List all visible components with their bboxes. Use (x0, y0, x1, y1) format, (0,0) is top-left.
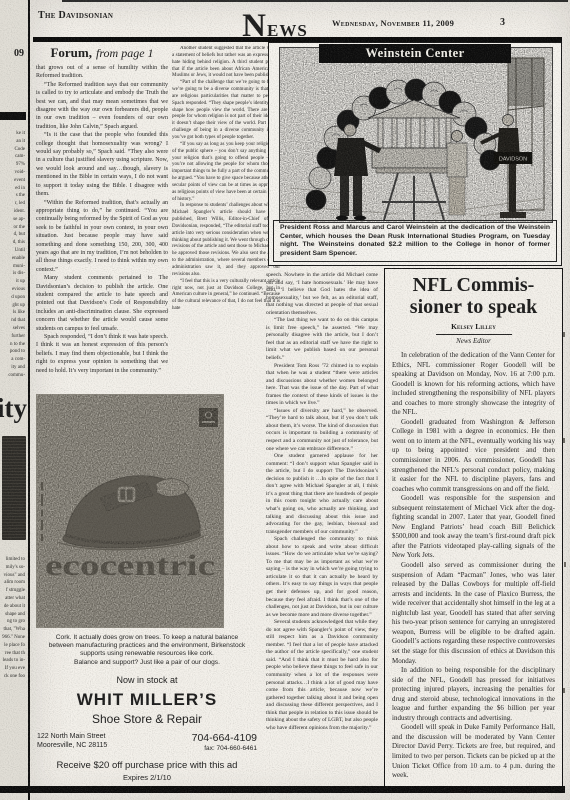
text-fragment: evious (0, 286, 28, 294)
scan-artifact (564, 562, 566, 567)
coupon-expiry: Expires 2/1/10 (33, 773, 261, 782)
paragraph: Several students acknowledged that while… (266, 619, 378, 732)
scan-artifact (563, 332, 565, 337)
nfl-byline-title: News Editor (385, 337, 562, 345)
paragraph: “If you say as long as you keep your rel… (172, 142, 280, 204)
nfl-headline-line1: NFL Commis- (385, 275, 562, 297)
text-fragment: f struggle (0, 587, 28, 595)
page-fold-line (28, 0, 30, 800)
text-fragment: a com- (0, 356, 28, 364)
adjacent-page-fragments-top: ke itan itCodecam-97%void-evented ins th… (0, 130, 28, 380)
fax-number: fax: 704-660-6461 (192, 745, 257, 752)
adjacent-page-photo-fragment (2, 436, 26, 540)
text-fragment: selves (0, 325, 28, 333)
paragraph: One student garnered applause for her co… (266, 453, 378, 536)
paragraph: Many student comments pertained to The D… (36, 274, 168, 333)
text-fragment: ed in (0, 185, 28, 193)
masthead: The Davidsonian (38, 10, 113, 21)
address-line2: Mooresville, NC 28115 (37, 741, 107, 750)
text-fragment: d, but (0, 231, 28, 239)
text-fragment: ident. (0, 208, 28, 216)
weinstein-photo: DAVIDSON (279, 47, 553, 223)
text-fragment: ng to gro (0, 618, 28, 626)
issue-date: Wednesday, November 11, 2009 (332, 18, 454, 28)
photo-banner: Weinstein Center (319, 44, 511, 63)
text-fragment: d, this (0, 239, 28, 247)
text-fragment: ls like (0, 309, 28, 317)
paragraph: speech. Nowhere in the article did Micha… (266, 272, 378, 317)
text-fragment: le place fo (0, 642, 28, 650)
text-fragment: alim room (0, 579, 28, 587)
birkenstock-clog-illustration: ecocentric (36, 394, 224, 628)
text-fragment: 97% (0, 161, 28, 169)
text-fragment: atter what (0, 595, 28, 603)
forum-heading-jump: from page 1 (96, 46, 154, 60)
paragraph: “Within the Reformed tradition, that’s a… (36, 199, 168, 275)
text-fragment: vious" and (0, 572, 28, 580)
page-bottom-rule (0, 786, 565, 793)
cork-copy: Cork. It actually does grow on trees. To… (33, 634, 261, 667)
whit-millers-ad: Cork. It actually does grow on trees. To… (33, 634, 261, 782)
text-fragment: Until (0, 247, 28, 255)
nfl-byline: Kelsey Lilley (385, 322, 562, 331)
scan-artifact (563, 688, 565, 693)
paragraph: Another student suggested that the artic… (172, 46, 280, 80)
text-fragment: de about it (0, 603, 28, 611)
ecocentric-ad-image: ecocentric (36, 394, 224, 628)
adjacent-page-rule (0, 112, 26, 120)
store-address: 122 North Main Street Mooresville, NC 28… (37, 732, 107, 750)
text-fragment: shape and (0, 611, 28, 619)
paragraph: Goodell will speak in Duke Family Perfor… (392, 723, 555, 780)
paragraph: between manufacturing practices and the … (33, 642, 261, 650)
text-fragment: r, led (0, 200, 28, 208)
text-fragment: that, "Wha (0, 626, 28, 634)
adjacent-page-fragments-bottom: limited tomily's so-vious" andalim roomf… (0, 556, 28, 681)
paragraph: In response to students’ challenges abou… (172, 203, 280, 278)
paragraph: Balance and support? Just like a pair of… (33, 659, 261, 667)
text-fragment: ree that th (0, 650, 28, 658)
dedication-photo-illustration: DAVIDSON (280, 48, 552, 222)
stock-line: Now in stock at (33, 675, 261, 685)
text-fragment: is dis- (0, 270, 28, 278)
text-fragment: d upon (0, 294, 28, 302)
store-name: WHIT MILLER’S (33, 690, 261, 710)
weinstein-photo-box: DAVIDSON Weinstein Center President Ross… (268, 42, 562, 266)
text-fragment: nd that (0, 317, 28, 325)
text-fragment: muni- (0, 263, 28, 271)
text-fragment: ity and (0, 364, 28, 372)
header-rule (33, 37, 562, 42)
forum-heading: Forum, from page 1 (36, 44, 168, 62)
text-fragment: limited to (0, 556, 28, 564)
scan-artifact (563, 438, 565, 443)
nfl-headline-line2: sioner to speak (385, 297, 562, 319)
text-fragment: event (0, 177, 28, 185)
paragraph: “I feel that this is a very culturally r… (172, 279, 280, 313)
paragraph: Spach challenged the community to think … (266, 536, 378, 619)
forum-column-2: Another student suggested that the artic… (172, 46, 280, 392)
adjacent-headline-fragment: ity (0, 394, 27, 422)
text-fragment: enable (0, 255, 28, 263)
text-fragment: 966." None (0, 634, 28, 642)
paragraph: Goodell graduated from Washington & Jeff… (392, 418, 555, 494)
text-fragment: ke it (0, 130, 28, 138)
paragraph: “Part of the challenge that we’re going … (172, 80, 280, 142)
store-subtitle: Shoe Store & Repair (33, 712, 261, 726)
store-phone: 704-664-4109 fax: 704-660-6461 (192, 732, 257, 752)
address-line1: 122 North Main Street (37, 732, 107, 741)
text-fragment: it up (0, 278, 28, 286)
store-contact-row: 122 North Main Street Mooresville, NC 28… (33, 732, 261, 752)
paragraph: Spach responded, “I don’t think it was h… (36, 333, 168, 375)
paragraph: that grows out of a sense of humility wi… (36, 64, 168, 81)
paragraph: In celebration of the dedication of the … (392, 351, 555, 418)
text-fragment: s the (0, 192, 28, 200)
forum-column-1: that grows out of a sense of humility wi… (36, 64, 168, 390)
paragraph: supports using renewable resources like … (33, 650, 261, 658)
text-fragment: n to the (0, 341, 28, 349)
photo-caption: President Ross and Marcus and Carol Wein… (273, 220, 557, 262)
paragraph: “The Reformed tradition says that our co… (36, 81, 168, 131)
text-fragment: leads to in- (0, 657, 28, 665)
text-fragment: ght up (0, 302, 28, 310)
text-fragment: commu- (0, 372, 28, 380)
forum-column-3: speech. Nowhere in the article did Micha… (266, 272, 378, 788)
paragraph: “The last thing we want to do on this ca… (266, 317, 378, 362)
text-fragment: ck one foo (0, 673, 28, 681)
forum-heading-bold: Forum, (50, 45, 92, 60)
phone-number: 704-664-4109 (192, 732, 257, 744)
paragraph: “Issues of diversity are hard,” he obser… (266, 408, 378, 453)
byline-rule (436, 334, 512, 335)
text-fragment: If you eve (0, 665, 28, 673)
nfl-article-body: In celebration of the dedication of the … (385, 351, 562, 781)
nfl-article-box: NFL Commis- sioner to speak Kelsey Lille… (384, 268, 563, 788)
text-fragment: further (0, 333, 28, 341)
paragraph: Cork. It actually does grow on trees. To… (33, 634, 261, 642)
paragraph: In addition to being responsible for the… (392, 666, 555, 723)
adjacent-page-number: 09 (14, 48, 24, 59)
text-fragment: cam- (0, 153, 28, 161)
text-fragment: mily's so- (0, 564, 28, 572)
paragraph: “Is it the case that the people who foun… (36, 131, 168, 198)
paragraph: President Tom Ross ’72 chimed in to expl… (266, 363, 378, 408)
text-fragment: se ap- (0, 216, 28, 224)
paragraph: Goodell was responsible for the suspensi… (392, 494, 555, 561)
text-fragment: Code (0, 146, 28, 154)
scan-crop-line (62, 0, 568, 2)
coupon-line: Receive $20 off purchase price with this… (33, 760, 261, 771)
text-fragment: an it (0, 138, 28, 146)
text-fragment: void- (0, 169, 28, 177)
adjacent-page-sliver: 09 ke itan itCodecam-97%void-evented ins… (0, 0, 28, 800)
text-fragment: pond to (0, 348, 28, 356)
text-fragment: or the (0, 224, 28, 232)
paragraph: Goodell also served as commissioner duri… (392, 561, 555, 666)
nfl-headline: NFL Commis- sioner to speak (385, 275, 562, 318)
newspaper-page-scan: 09 ke itan itCodecam-97%void-evented ins… (0, 0, 570, 800)
page-number: 3 (500, 17, 505, 28)
